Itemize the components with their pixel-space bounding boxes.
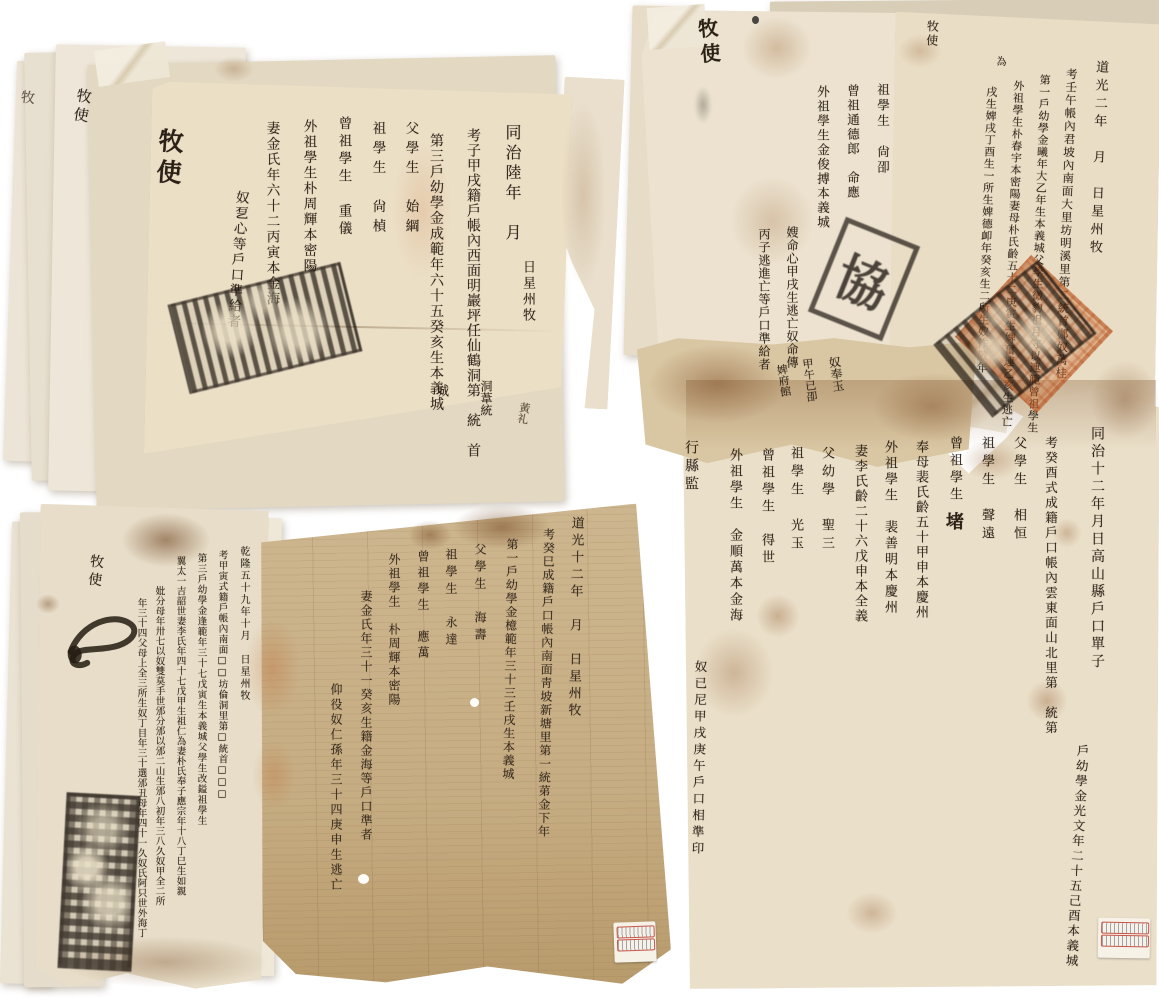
sticker-field — [1101, 921, 1149, 934]
slaves-column: 奴已尼甲戌庚午戶口相準印 — [690, 660, 706, 858]
doc-title-column: 乾隆五十九年十月 日星州牧 — [238, 546, 248, 702]
margin-label-moksa-partial: 牧 — [19, 89, 34, 104]
sticker-field — [616, 925, 654, 938]
householder-column: 第三戶幼學金逢範年三十七戊寅生本義城父學生改鎰祖學生 — [196, 553, 206, 826]
slave-record-column: 妣分母年卅七以奴雙莫手世邠分邠以邠二山生邠八初年三八久奴甲全二所 — [154, 586, 164, 906]
doc-title-column: 同治陸年 月 — [504, 124, 520, 244]
official-column: 行縣監 — [684, 440, 698, 494]
black-ink-seal — [57, 792, 140, 972]
paper-hole — [470, 698, 479, 707]
fragment-sign: 黃礼 — [516, 401, 531, 425]
maternal-grandfather-column: 外祖學生朴周輝本密陽 — [301, 119, 315, 274]
maternal-grandfather-column: 外祖學生 朴周輝本密陽 — [388, 553, 400, 707]
wife-father-column: 父幼學 聖三 — [820, 446, 833, 554]
ink-dot — [752, 16, 759, 24]
great-grandfather-column: 曾祖學生 — [948, 436, 961, 504]
mother-column: 奉母裴氏齡五十甲申本慶州 — [914, 440, 927, 620]
fragment-char: 城 — [434, 384, 447, 397]
margin-label-moksa: 牧使 — [71, 87, 92, 127]
paper-hole — [358, 874, 369, 884]
slave-record-column: 嫂命心甲戌生逃亡奴命傳 — [786, 226, 798, 369]
father-column: 父學生 海壽 — [474, 543, 486, 645]
sticker-field — [1101, 935, 1149, 948]
father-column: 父學生 始綱 — [403, 121, 417, 238]
register-column: 考子甲戌籍戶帳內西面明巖坪任仙鶴洞第 統 首 — [466, 128, 480, 458]
archive-label-sticker — [613, 921, 656, 962]
wife-column: 妻李氏齡二十六戊申本全義 — [853, 444, 866, 624]
margin-label-moksa: 牧使 — [86, 553, 104, 590]
doc-title-column: 道光十二年 月 日星州牧 — [566, 516, 583, 720]
signature-flourish — [54, 604, 153, 677]
great-grandfather-column: 曾祖學生 應萬 — [417, 550, 429, 662]
great-grandfather-column: 曾祖學生 重儀 — [336, 116, 350, 239]
slave-column: 仰役奴仁孫年三十四庚申生逃亡 — [330, 683, 342, 893]
margin-label-moksa: 牧使 — [696, 17, 720, 69]
archive-label-sticker — [1098, 918, 1151, 959]
register-column: 考癸酉式成籍戶口帳內雲東面山北里第 統第 — [1044, 436, 1057, 736]
family-column: 翼太一吉韶世妻李氏年四十七戊甲生祖仁為妻朴氏奉子應宗年十八丁巳生如親 — [175, 556, 185, 896]
doc-title-column: 同治十二年月日高山縣戶口單子 — [1090, 426, 1104, 671]
great-grandfather-column: 曾祖通德郎 命應 — [846, 84, 859, 200]
ink-smudge — [694, 86, 712, 124]
margin-label-moksa: 牧使 — [154, 127, 183, 191]
householder-column: 第三戶幼學金成範年六十五癸亥生本義城 — [429, 133, 443, 412]
margin-mark: 為 — [994, 56, 1004, 66]
wife-maternal-grandfather-column: 外祖學生 金順萬本金海 — [728, 448, 741, 624]
fragment-chars: 洞葦統 — [480, 380, 492, 416]
grandfather-column: 祖學生 尙楨 — [370, 121, 384, 238]
wife-column: 妻金氏年三十一癸亥生籍金海等戶口準者 — [360, 590, 372, 842]
margin-label-moksa: 牧使 — [925, 20, 938, 49]
issuing-office-column: 日星州牧 — [521, 260, 534, 324]
father-column: 父學生 相恒 — [1012, 436, 1025, 544]
sticker-field — [617, 938, 655, 951]
grandfather-column: 祖學生 永達 — [445, 548, 457, 650]
maternal-grandfather-column: 外祖學生金俊搏本義城 — [816, 85, 829, 230]
grandfather-column: 祖學生 尙卲 — [876, 83, 889, 176]
document-photo: 牧使 牧使 牧 同治陸年 月 日星州牧 考子甲戌籍戶帳內西面明巖坪任仙鶴洞第 統… — [0, 0, 1159, 997]
correction-char: 堵 — [944, 512, 962, 530]
wife-grandfather-column: 祖學生 光玉 — [789, 446, 802, 554]
register-column: 考甲寅式籍戶帳內南面□□坊倫洞里第□統首□□□ — [217, 550, 227, 801]
grandfather-column: 祖學生 聲遠 — [980, 436, 993, 544]
paper-sheet-main — [257, 503, 672, 989]
maternal-grandfather-column: 外祖學生 裴善明本慶州 — [883, 440, 896, 616]
wife-great-grandfather-column: 曾祖學生 得世 — [760, 448, 773, 567]
slave-record-column: 丙子逃進亡等戶口準給者 — [758, 228, 770, 371]
